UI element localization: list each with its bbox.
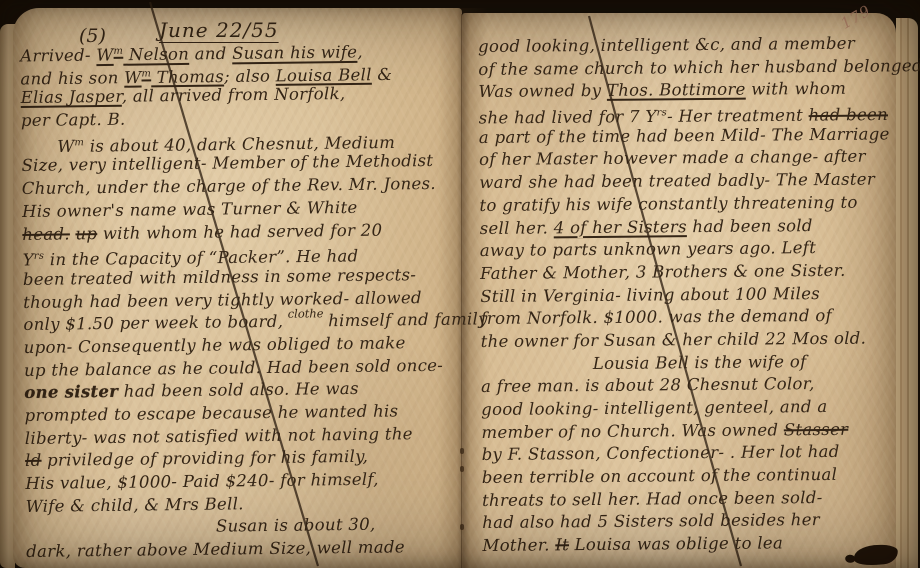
text-segment: Father & Mother, 3 Brothers & one Sister… bbox=[480, 261, 846, 283]
text-segment: Wife & child, & Mrs Bell. bbox=[26, 494, 244, 516]
text-segment: had been sold also. He was bbox=[118, 379, 359, 401]
text-segment: Church, under the charge of the Rev. Mr.… bbox=[22, 174, 436, 198]
text-segment: and his son bbox=[20, 68, 124, 88]
text-segment: Still in Verginia- living about 100 Mile… bbox=[480, 284, 820, 306]
text-segment: W bbox=[124, 68, 141, 87]
text-segment: head. bbox=[22, 224, 70, 244]
text-segment: His owner's name was Turner & White bbox=[22, 198, 358, 221]
text-segment: rs bbox=[34, 251, 45, 262]
handwritten-line: ward she had been treated badly- The Mas… bbox=[479, 168, 899, 194]
text-segment: a part of the time had been Mild- The Ma… bbox=[479, 124, 890, 147]
text-segment: liberty- was not satisfied with not havi… bbox=[25, 424, 413, 448]
text-segment: - Her treatment bbox=[667, 106, 809, 126]
handwritten-line: to gratify his wife constantly threateni… bbox=[479, 191, 899, 217]
text-segment: the owner for Susan & her child 22 Mos o… bbox=[481, 329, 867, 351]
handwritten-line: the owner for Susan & her child 22 Mos o… bbox=[481, 327, 901, 353]
text-segment: , bbox=[357, 42, 363, 61]
text-segment: good looking- intelligent, genteel, and … bbox=[481, 397, 827, 419]
text-segment: rs bbox=[657, 107, 667, 118]
text-segment: by F. Stasson, Confectioner- . Her lot h… bbox=[482, 442, 840, 464]
text-segment: one sister bbox=[24, 382, 118, 402]
text-segment: m bbox=[113, 46, 123, 57]
text-segment: had been sold bbox=[687, 216, 813, 236]
text-segment: clothe bbox=[288, 303, 324, 326]
handwritten-line: she had lived for 7 Yrs- Her treatment h… bbox=[479, 100, 899, 126]
text-segment: dark, rather above Medium Size, well mad… bbox=[26, 537, 405, 561]
text-segment: m bbox=[74, 137, 84, 148]
text-segment: Arrived- bbox=[20, 46, 96, 66]
text-segment: 4 of her Sisters bbox=[554, 217, 687, 237]
journal-photo: (5) June 22/55 Arrived- Wm Nelson and Su… bbox=[0, 0, 920, 568]
text-segment: Elias Jasper bbox=[21, 87, 122, 107]
text-segment: prompted to escape because he wanted his bbox=[24, 401, 398, 425]
text-segment: Size, very intelligent- Member of the Me… bbox=[21, 151, 433, 175]
text-segment: been terrible on account of the continua… bbox=[482, 465, 838, 487]
text-segment: sell her. bbox=[480, 218, 554, 238]
text-segment: been treated with mildness in some respe… bbox=[23, 265, 416, 289]
text-segment: m bbox=[141, 68, 151, 79]
left-page-lines: Arrived- Wm Nelson and Susan his wife,an… bbox=[20, 37, 464, 564]
text-segment: good looking, intelligent &c, and a memb… bbox=[478, 34, 855, 56]
text-segment: Was owned by bbox=[478, 81, 607, 101]
text-segment: to gratify his wife constantly threateni… bbox=[479, 193, 857, 215]
text-segment: Susan is about 30, bbox=[216, 515, 376, 536]
right-page-lines: good looking, intelligent &c, and a memb… bbox=[478, 32, 903, 557]
text-segment: ward she had been treated badly- The Mas… bbox=[479, 170, 875, 192]
text-segment: His value, $1000- Paid $240- for himself… bbox=[25, 470, 379, 493]
text-segment: Nelson bbox=[123, 44, 189, 64]
handwritten-line: by F. Stasson, Confectioner- . Her lot h… bbox=[482, 441, 902, 467]
text-segment: ; also bbox=[224, 66, 276, 86]
text-segment: threats to sell her. Had once been sold- bbox=[482, 488, 823, 510]
text-segment: member of no Church. Was owned bbox=[481, 420, 784, 442]
text-segment: per Capt. B. bbox=[21, 110, 126, 130]
text-segment: with whom bbox=[746, 79, 847, 99]
text-segment: Mother. bbox=[482, 535, 555, 555]
text-segment: Stasser bbox=[784, 419, 849, 439]
text-segment: himself and family bbox=[323, 310, 488, 331]
text-segment: It bbox=[555, 535, 569, 554]
text-segment: Louisa was oblige to lea bbox=[569, 533, 783, 554]
text-segment: and bbox=[189, 44, 232, 64]
text-segment: of the same church to which her husband … bbox=[478, 56, 920, 79]
text-segment: , all arrived from Norfolk, bbox=[122, 84, 346, 106]
text-segment: Thos. Bottimore bbox=[607, 80, 746, 100]
text-segment: Lousia Bell is the wife of bbox=[593, 352, 807, 373]
text-segment: W bbox=[57, 137, 74, 156]
text-segment: Thomas bbox=[151, 67, 224, 87]
text-segment: away to parts unknown years ago. Left bbox=[480, 238, 816, 260]
handwritten-line: good looking, intelligent &c, and a memb… bbox=[478, 32, 898, 58]
text-segment: only $1.50 per week to board, bbox=[23, 312, 289, 334]
text-segment: upon- Consequently he was obliged to mak… bbox=[24, 333, 406, 357]
text-segment: Louisa Bell bbox=[276, 65, 372, 85]
text-segment: of her Master however made a change- aft… bbox=[479, 147, 866, 169]
handwritten-line: Mother. It Louisa was oblige to lea bbox=[482, 531, 902, 557]
text-segment: Y bbox=[23, 251, 34, 270]
text-segment: though had been very tightly worked- all… bbox=[23, 288, 422, 312]
text-segment: she had lived for 7 Y bbox=[479, 107, 657, 128]
text-segment: W bbox=[96, 45, 113, 64]
text-segment: Susan his wife bbox=[232, 42, 357, 63]
text-segment: from Norfolk. $1000. was the demand of bbox=[480, 306, 832, 328]
text-segment: up the balance as he could. Had been sol… bbox=[24, 355, 443, 379]
text-segment: had also had 5 Sisters sold besides her bbox=[482, 510, 820, 532]
handwritten-line: Father & Mother, 3 Brothers & one Sister… bbox=[480, 259, 900, 285]
text-segment: ld bbox=[25, 451, 42, 470]
text-segment: priviledge of providing for his family, bbox=[41, 447, 368, 470]
text-segment: up bbox=[75, 224, 97, 243]
text-segment: a free man. is about 28 Chesnut Color, bbox=[481, 374, 815, 396]
text-segment: & bbox=[372, 65, 393, 84]
text-segment: had been bbox=[809, 105, 889, 125]
text-segment: with whom he had served for 20 bbox=[97, 220, 382, 242]
